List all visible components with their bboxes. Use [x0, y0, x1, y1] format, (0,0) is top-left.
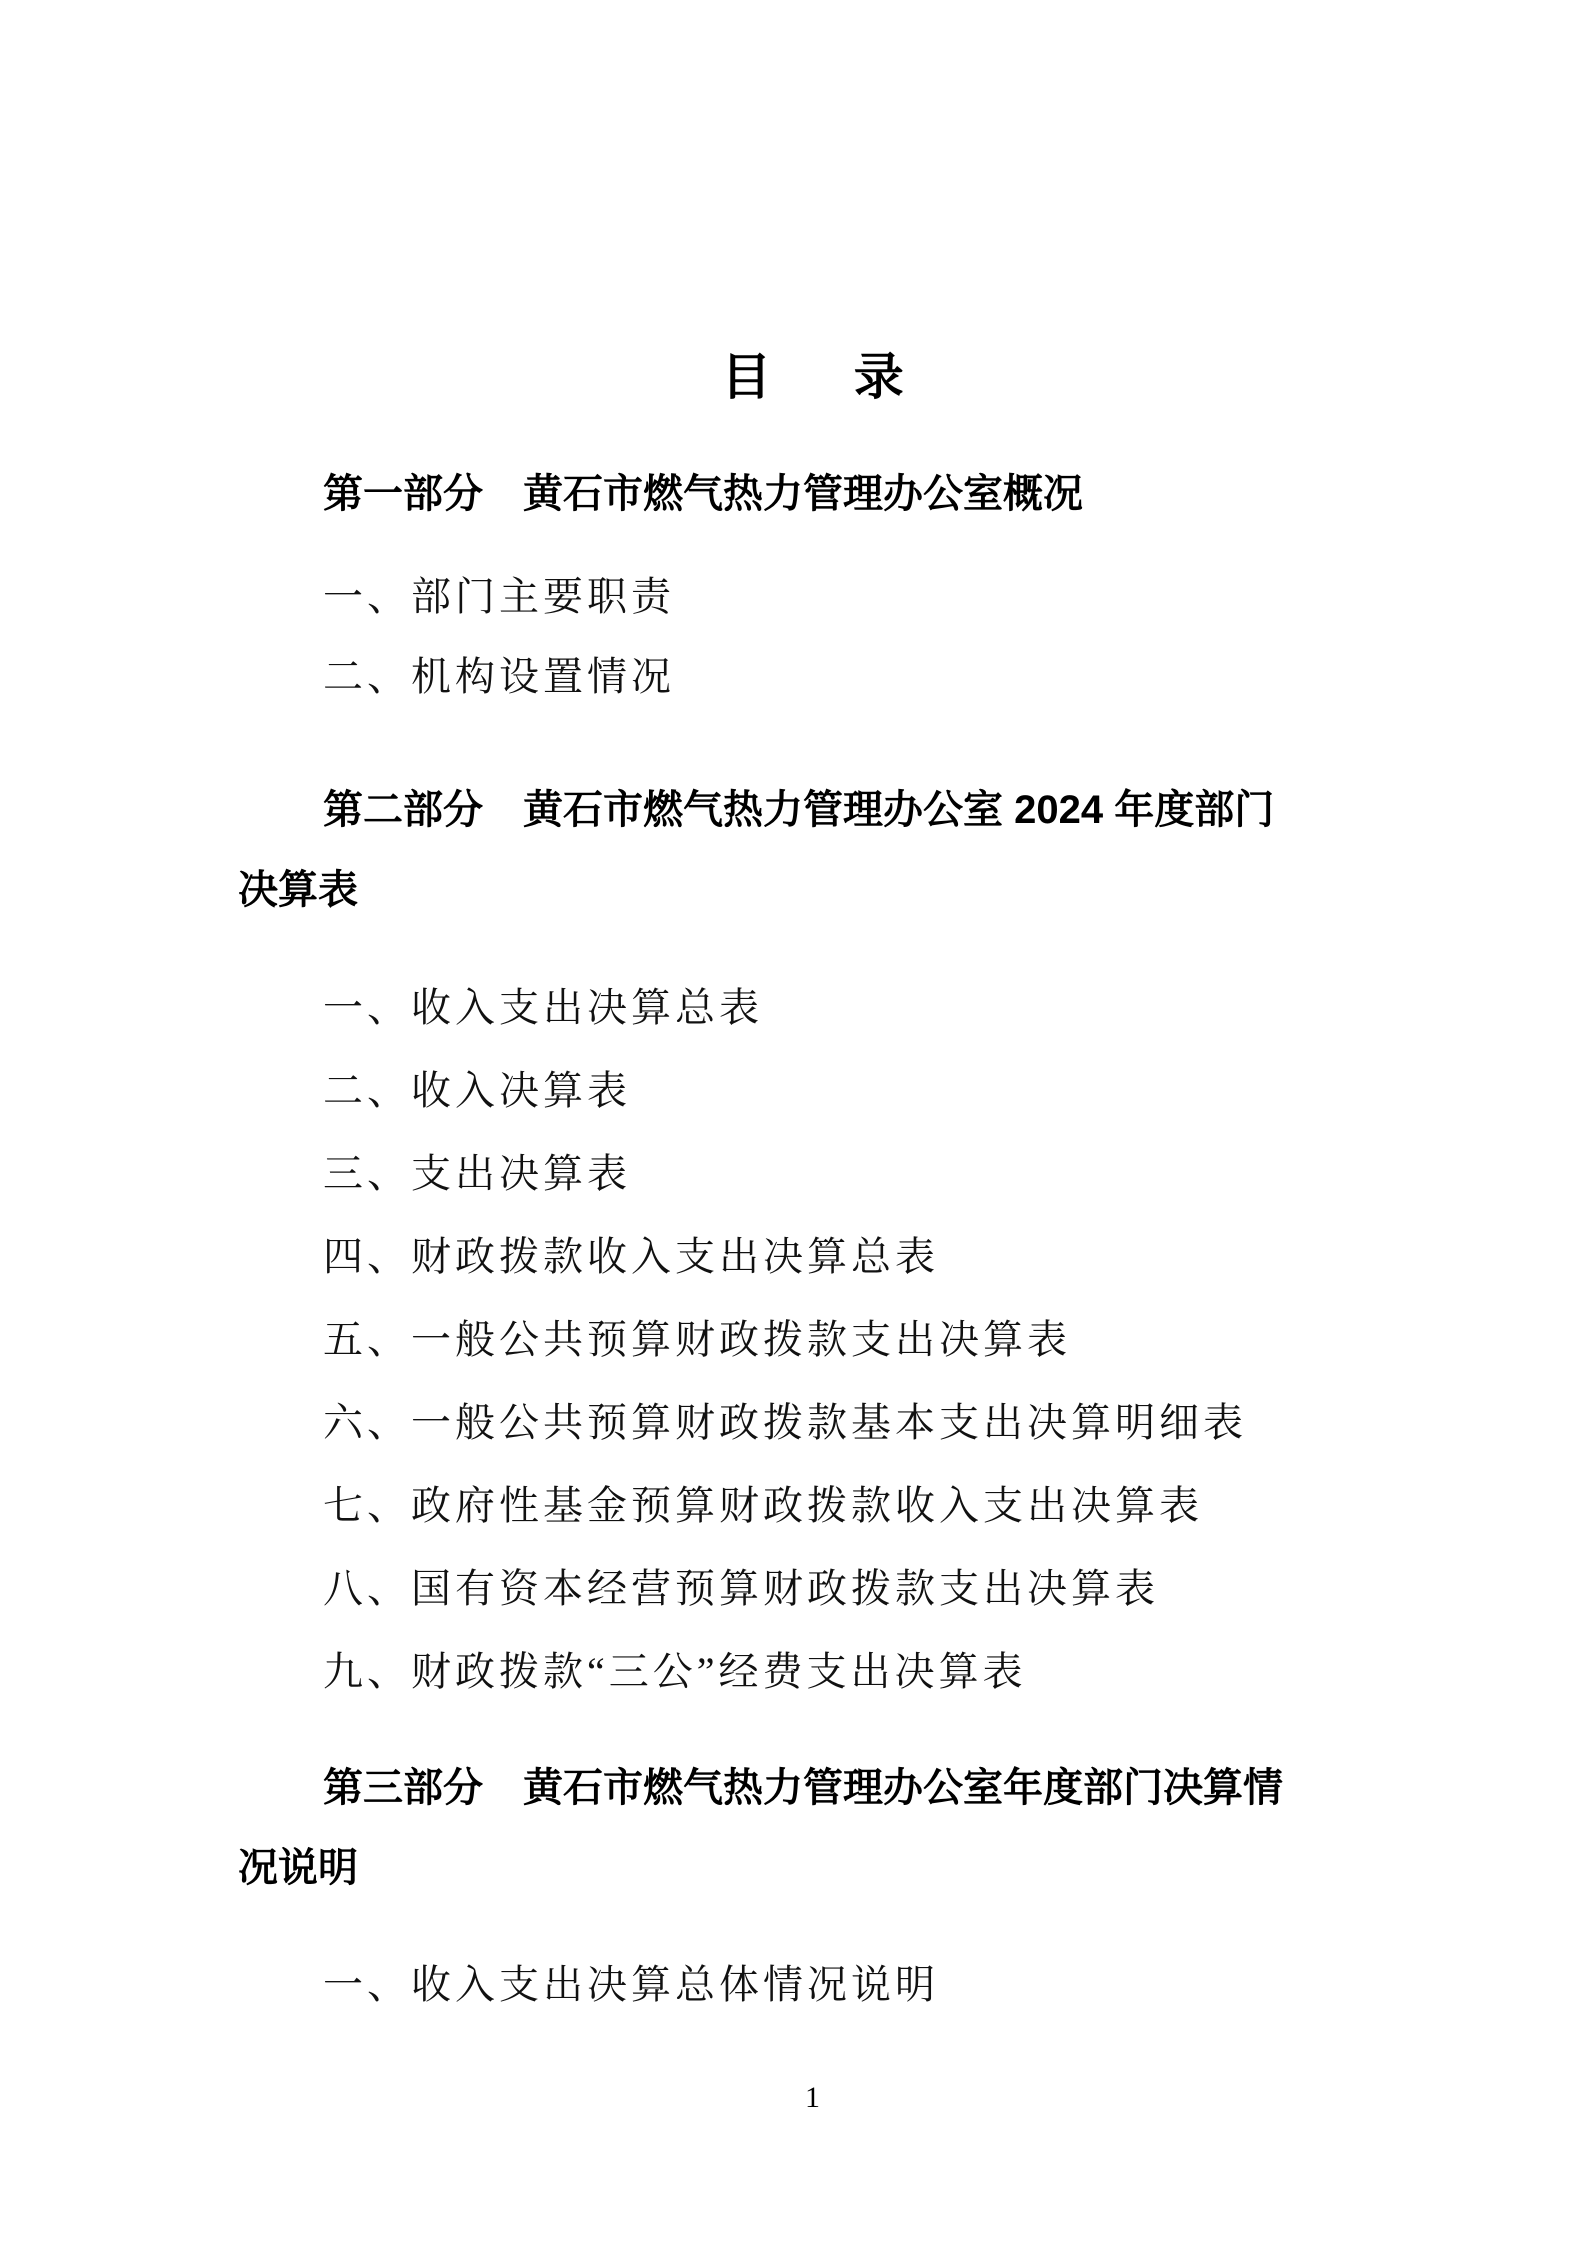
toc-item-part3-1: 一、收入支出决算总体情况说明 [238, 1945, 1387, 2025]
toc-item-part2-4: 四、财政拨款收入支出决算总表 [238, 1215, 1387, 1298]
part2-heading: 第二部分 黄石市燃气热力管理办公室 2024 年度部门 决算表 [238, 770, 1387, 930]
document-page: 目 录 第一部分 黄石市燃气热力管理办公室概况 一、部门主要职责 二、机构设置情… [0, 0, 1587, 2245]
toc-item-part2-9: 九、财政拨款“三公”经费支出决算表 [238, 1630, 1387, 1713]
toc-item-part1-2: 二、机构设置情况 [238, 637, 1387, 717]
part3-heading: 第三部分 黄石市燃气热力管理办公室年度部门决算情 况说明 [238, 1748, 1387, 1908]
toc-title: 目 录 [238, 337, 1387, 417]
toc-item-part2-8: 八、国有资本经营预算财政拨款支出决算表 [238, 1547, 1387, 1630]
part2-heading-line2: 决算表 [238, 850, 1387, 930]
page-number: 1 [238, 2058, 1387, 2138]
toc-item-part2-3: 三、支出决算表 [238, 1132, 1387, 1215]
part2-heading-line1: 第二部分 黄石市燃气热力管理办公室 2024 年度部门 [238, 770, 1387, 850]
toc-item-part2-2: 二、收入决算表 [238, 1049, 1387, 1132]
toc-item-part2-1: 一、收入支出决算总表 [238, 966, 1387, 1049]
part3-heading-line2: 况说明 [238, 1828, 1387, 1908]
toc-item-part2-6: 六、一般公共预算财政拨款基本支出决算明细表 [238, 1381, 1387, 1464]
toc-item-part1-1: 一、部门主要职责 [238, 557, 1387, 637]
part1-heading: 第一部分 黄石市燃气热力管理办公室概况 [238, 454, 1387, 534]
toc-item-part2-7: 七、政府性基金预算财政拨款收入支出决算表 [238, 1464, 1387, 1547]
part3-heading-line1: 第三部分 黄石市燃气热力管理办公室年度部门决算情 [238, 1748, 1387, 1828]
toc-item-part2-5: 五、一般公共预算财政拨款支出决算表 [238, 1298, 1387, 1381]
